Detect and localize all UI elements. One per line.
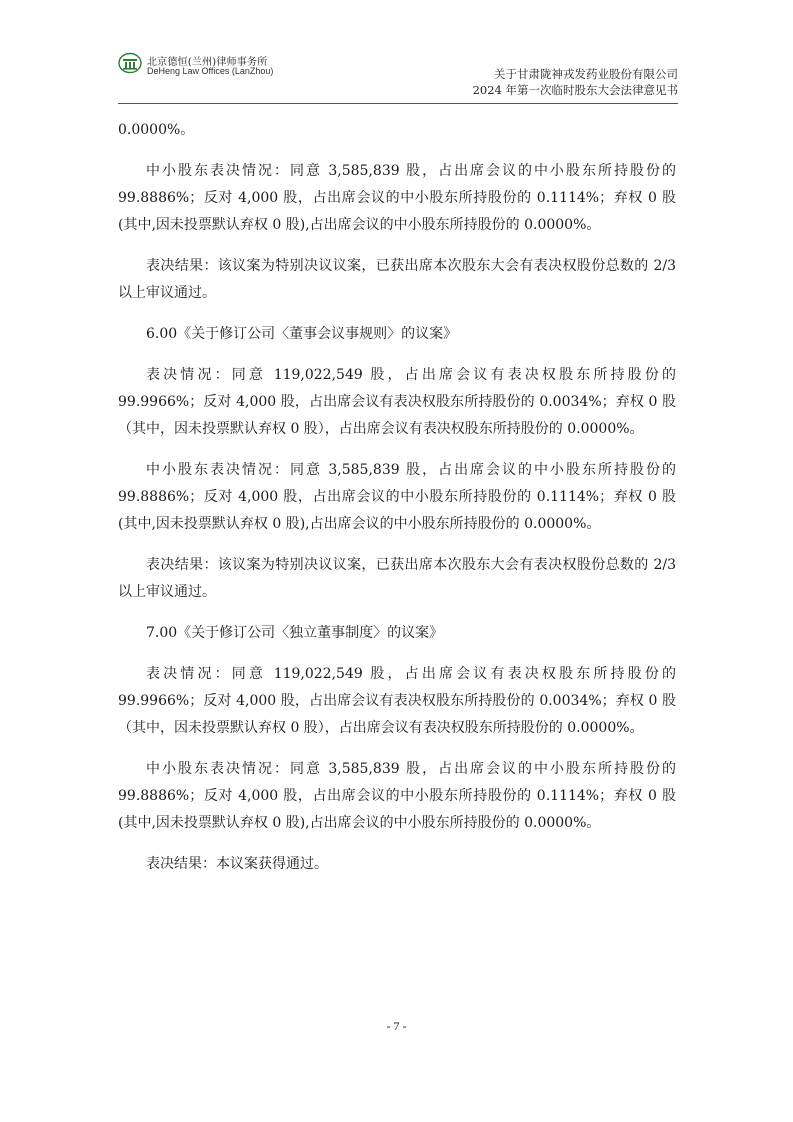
proposal-heading-7: 7.00《关于修订公司〈独立董事制度〉的议案》 [118, 620, 676, 647]
paragraph-vote-result: 表决结果：该议案为特别决议议案，已获出席本次股东大会有表决权股份总数的 2/3 … [118, 253, 676, 307]
header-divider [118, 103, 678, 104]
paragraph-vote-details: 表决情况：同意 119,022,549 股，占出席会议有表决权股东所持股份的 9… [118, 661, 676, 742]
document-title-line-1: 关于甘肃陇神戎发药业股份有限公司 [473, 66, 678, 82]
document-title-line-2: 2024 年第一次临时股东大会法律意见书 [473, 82, 678, 98]
proposal-heading-6: 6.00《关于修订公司〈董事会议事规则〉的议案》 [118, 321, 676, 348]
document-title: 关于甘肃陇神戎发药业股份有限公司 2024 年第一次临时股东大会法律意见书 [473, 66, 678, 98]
paragraph-minority-vote: 中小股东表决情况：同意 3,585,839 股，占出席会议的中小股东所持股份的 … [118, 457, 676, 538]
paragraph-minority-vote: 中小股东表决情况：同意 3,585,839 股，占出席会议的中小股东所持股份的 … [118, 756, 676, 837]
page-number: - 7 - [0, 1019, 793, 1034]
deheng-logo-icon [118, 52, 142, 74]
page-header: 北京德恒(兰州)律师事务所 DeHeng Law Offices (LanZho… [118, 50, 678, 106]
paragraph-vote-result: 表决结果：本议案获得通过。 [118, 851, 676, 878]
firm-name-en: DeHeng Law Offices (LanZhou) [147, 66, 273, 76]
document-body: 0.0000%。 中小股东表决情况：同意 3,585,839 股，占出席会议的中… [118, 117, 676, 892]
paragraph-continuation: 0.0000%。 [118, 117, 676, 144]
paragraph-vote-details: 表决情况：同意 119,022,549 股，占出席会议有表决权股东所持股份的 9… [118, 362, 676, 443]
paragraph-vote-result: 表决结果：该议案为特别决议议案，已获出席本次股东大会有表决权股份总数的 2/3 … [118, 552, 676, 606]
paragraph-minority-vote: 中小股东表决情况：同意 3,585,839 股，占出席会议的中小股东所持股份的 … [118, 158, 676, 239]
